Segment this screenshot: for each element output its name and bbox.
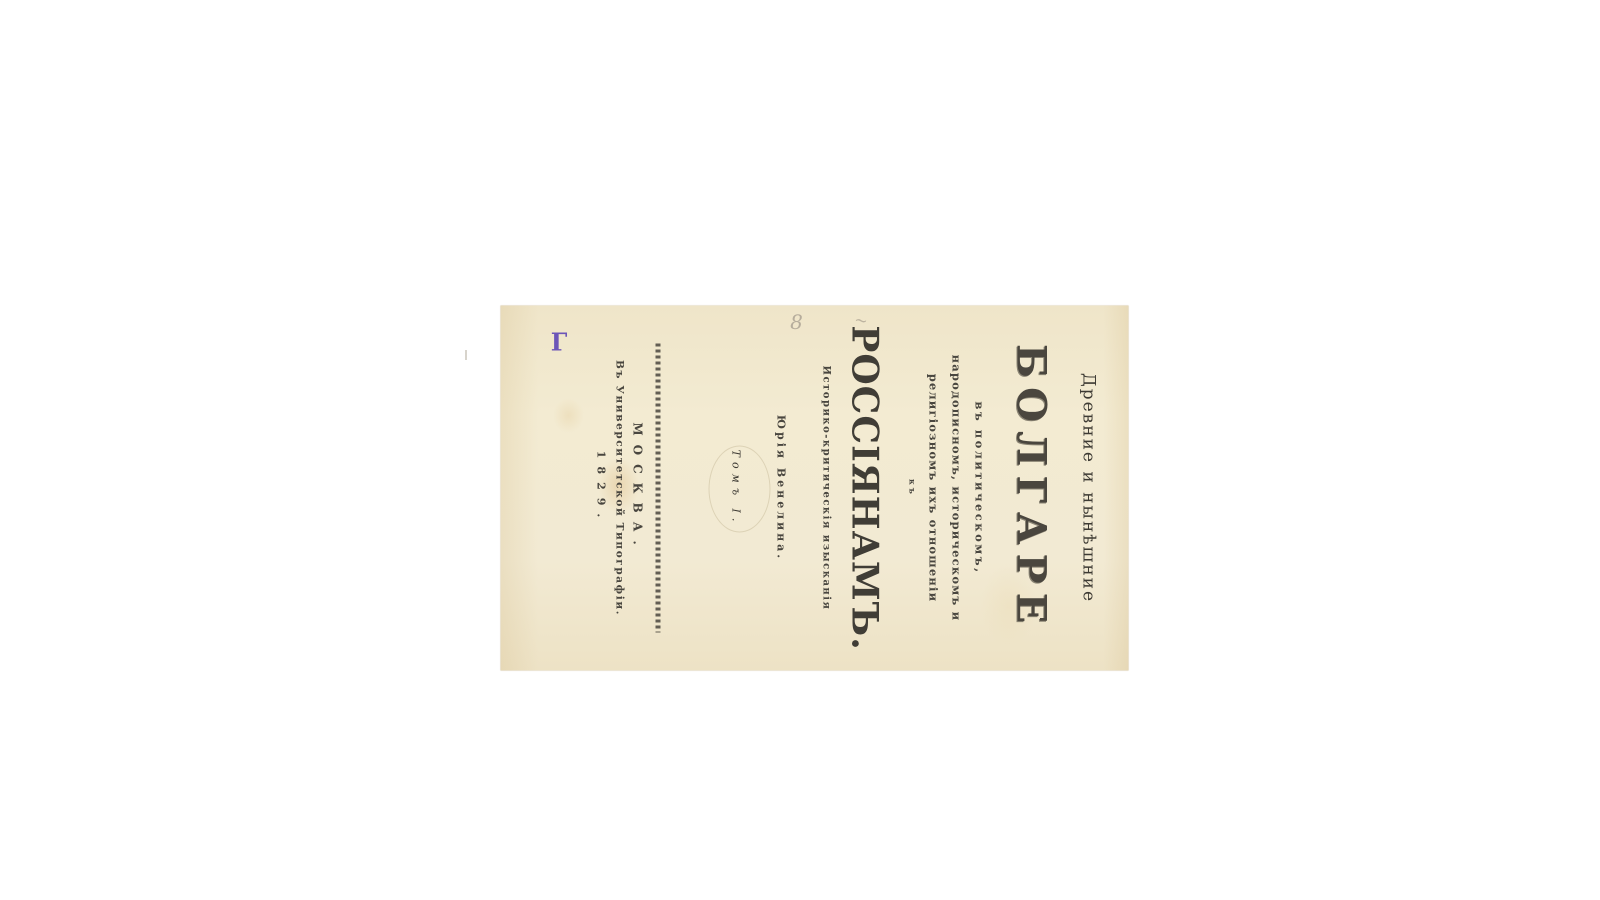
subtitle-line-3: религiозномъ ихъ отношенiи: [926, 305, 940, 670]
pencil-number-annotation: 8: [790, 309, 803, 333]
author-line: Юрiя Венелина.: [774, 305, 787, 670]
scan-artifact: [465, 350, 467, 360]
printer-line: Въ Университетской Типографiи.: [613, 305, 625, 670]
wavy-divider-rule: [655, 343, 660, 632]
page-wrapper: Древние и нынѣшние БОЛГАРЕ въ политическ…: [500, 305, 1128, 670]
description-line: Историко-критическiя изысканiя: [820, 305, 831, 670]
addressee-title: РОССIЯНАМЪ.: [843, 305, 885, 670]
subtitle-line-2: народописномъ, историческомъ и: [949, 305, 963, 670]
title-page: Древние и нынѣшние БОЛГАРЕ въ политическ…: [500, 305, 1128, 670]
subtitle-line-1: въ политическомъ,: [972, 305, 986, 670]
connector-word: къ: [907, 305, 917, 670]
year-line: 1829.: [594, 305, 607, 670]
violet-ink-annotation: Г: [550, 327, 567, 356]
subtitle: Древние и нынѣшние: [1078, 305, 1098, 670]
pencil-mark-annotation: ~: [852, 309, 869, 330]
volume-line: Томъ I.: [729, 305, 742, 670]
city-line: МОСКВА.: [630, 305, 644, 670]
main-title: БОЛГАРЕ: [1007, 305, 1054, 670]
